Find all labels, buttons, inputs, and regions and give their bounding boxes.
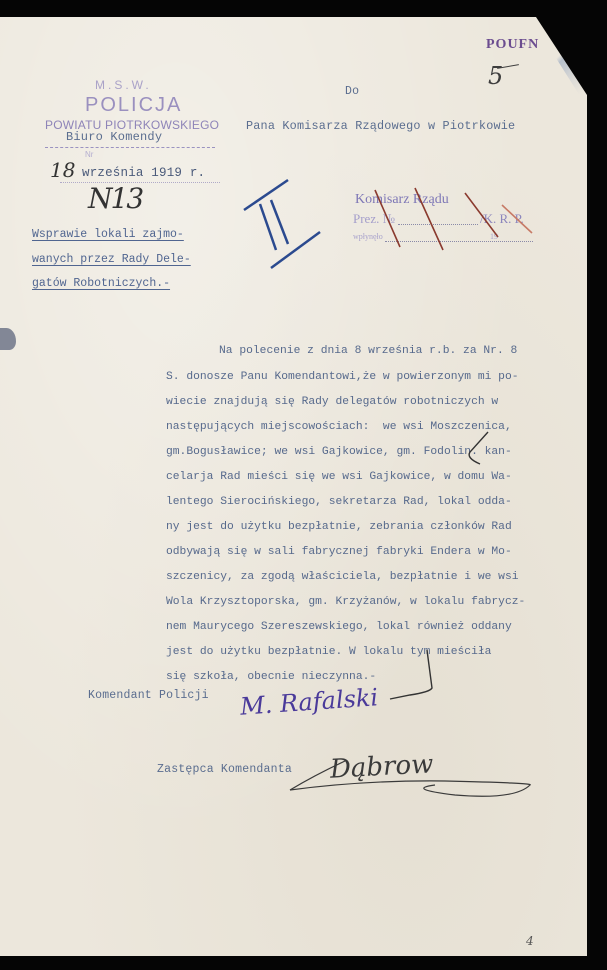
body-line: wiecie znajdują się Rady delegatów robot…	[166, 396, 498, 408]
stamp-msw: M.S.W.	[95, 78, 152, 92]
stamp-rule	[45, 147, 215, 148]
subject-line-2: wanych przez Rady Dele-	[32, 253, 191, 266]
body-line: odbywają się w sali fabrycznej fabryki E…	[166, 546, 512, 558]
body-line: lentego Sierocińskiego, sekretarza Rad, …	[166, 496, 512, 508]
folio-number-bottom: 4	[526, 934, 534, 948]
pencil-check-mark	[460, 430, 500, 470]
subject-line-1: Wsprawie lokali zajmo-	[32, 228, 184, 241]
body-line: szczenicy, za zgodą właściciela, bezpłat…	[166, 571, 519, 583]
body-line: się szkoła, obecnie nieczynna.-	[166, 671, 376, 683]
addressee-name: Pana Komisarza Rządowego w Piotrkowie	[246, 119, 515, 133]
body-line: S. donosze Panu Komendantowi,że w powier…	[166, 371, 519, 383]
roman-numeral-mark	[238, 172, 328, 272]
body-line: ny jest do użytku bezpłatnie, zebrania c…	[166, 521, 512, 533]
addressee-to: Do	[345, 85, 359, 98]
reference-number-handwritten: N13	[88, 182, 142, 215]
red-pencil-strikes	[370, 185, 550, 260]
stamp-number-prefix: Nr	[85, 150, 93, 159]
date-day-handwritten: 18	[50, 158, 75, 182]
commandant-title: Komendant Policji	[88, 689, 209, 702]
subject-line-3: gatów Robotniczych.-	[32, 277, 170, 290]
stamp-policja: POLICJA	[85, 94, 182, 117]
office-name: Biuro Komendy	[66, 130, 162, 144]
deputy-signature-flourish	[285, 755, 545, 805]
body-line: celarja Rad mieści się we wsi Gajkowice,…	[166, 471, 512, 483]
deputy-title: Zastępca Komendanta	[157, 763, 292, 776]
date-month-year: września 1919 r.	[82, 166, 205, 180]
classification-stamp: POUFN	[486, 37, 539, 53]
body-line: nem Maurycego Szereszewskiego, lokal rów…	[166, 621, 512, 633]
body-line: Na polecenie z dnia 8 września r.b. za N…	[219, 345, 517, 357]
body-line: Wola Krzysztoporska, gm. Krzyżanów, w lo…	[166, 596, 525, 608]
pencil-bracket-mark	[380, 640, 460, 700]
